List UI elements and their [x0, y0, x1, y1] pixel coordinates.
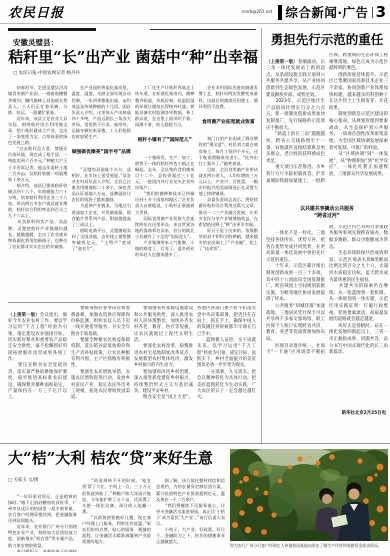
orchard-photo [230, 449, 388, 541]
body-text: “一年好景君须记，正是橙黄桔绿时。”眼下正值砂糖桔收获旺季，广州市从化区的桔园里… [8, 494, 77, 552]
body-text: 春潮涌动，长三角一体化发展站上新的起点。从基础设施互联互通到公共服务共建共享，从… [266, 53, 388, 184]
body-text: 初春时节，走进灵璧县浍沟镇食用菌产业园，一排排菇棚整齐排列，棚内菌棒上双孢菇长势… [8, 85, 68, 250]
body-text: “资金周转不开的时候，‘桔农贷’帮了大忙，手机上一点，三十万元很快就到账了。”种… [82, 478, 151, 545]
orange-byline: □ 关家玉 文/图 [8, 478, 77, 484]
page-number: 3 [376, 3, 386, 21]
body-text: 家门口的产业园成了群众增收的“聚宝盆”。村民刘大姐在菇房务工，每月工资四千多元，… [199, 136, 259, 252]
thin-rule [150, 29, 256, 30]
article-orange-loan: 大“桔”大利 桔农“贷”来好生意 □ 关家玉 文/图 “一年好景君须记，正是橙黄… [8, 447, 225, 556]
mission-headline: 勇担先行示范的重任 [266, 30, 388, 48]
orchard-photo-figure: 图为农行广州分行客户经理在人和镇桔园基地向果农了解生产经营和春耕资金需求情况。 [230, 449, 388, 556]
right-column: 勇担先行示范的重任 （上接第一版）春潮涌动，长三角一体化发展站上新的起点。从基础… [261, 28, 388, 443]
body-column: 企业采用国际先进的隧道发酵工艺，秸秆经两次发酵变成基料，出菇后的菌渣还田肥土，循… [199, 79, 259, 298]
body-column: 据了解，该行依托整村授信和信息建档，为桔农量身定制信贷方案，累计投放特色产业贷款… [156, 472, 225, 552]
article-mission: 勇担先行示范的重任 （上接第一版）春潮涌动，长三角一体化发展站上新的起点。从基础… [266, 30, 388, 416]
body-text: 据了解，该行依托整村授信和信息建档，为桔农量身定制信贷方案，累计投放特色产业贷款… [156, 478, 225, 545]
body-column: 在产业园的智能化菇房里，温度、湿度、光照全部实现自动控制，一年四季都能出菇，亩均… [72, 79, 132, 298]
column-subhead: 秸秆小镇有了“国际范儿” [135, 138, 195, 144]
article-byline: □ 农民日报·中国农网记者 杨丹丹 [13, 70, 258, 76]
continued-marker: （上接第一版） [266, 60, 298, 65]
body-column: 工厂化生产让秸秆养菇走上快车道。在标准化菇房内，菌棒整齐码放，风机轻响，恒温恒湿… [135, 79, 195, 298]
body-text: 企业采用国际先进的隧道发酵工艺，秸秆经两次发酵变成基料，出菇后的菌渣还田肥土，循… [199, 85, 259, 109]
body-text: 在产业园的智能化菇房里，温度、湿度、光照全部实现自动控制，一年四季都能出菇，亩均… [72, 85, 132, 140]
wire-credit: 新华社北京2月25日电 [266, 410, 388, 416]
column-subhead: 做强做优擦亮“国字号”品牌 [72, 150, 132, 156]
body-text: 工厂化生产让秸秆养菇走上快车道。在标准化菇房内，菌棒整齐码放，风机轻响，恒温恒湿… [135, 85, 195, 128]
section-separator [372, 7, 373, 18]
mission-body-top: （上接第一版）春潮涌动，长三角一体化发展站上新的起点。从基础设施互联互通到公共服… [266, 53, 388, 201]
email-line: E-mail：nmrb@263.net [242, 0, 273, 14]
bottom-zone: 大“桔”大利 桔农“贷”来好生意 □ 关家玉 文/图 “一年好景君须记，正是橙黄… [0, 444, 390, 556]
body-text: “灵璧的双孢菇个头匀、品相好，在市场上很受欢迎。”县农业农村局负责人介绍，全县已… [72, 167, 132, 252]
article-kicker: 安徽灵璧县： [13, 37, 258, 48]
orange-columns: □ 关家玉 文/图 “一年好景君须记，正是橙黄桔绿时。”眼下正值砂糖桔收获旺季，… [8, 472, 225, 552]
headline-decoration [8, 28, 258, 32]
body-column: □ 关家玉 文/图 “一年好景君须记，正是橙黄桔绿时。”眼下正值砂糖桔收获旺季，… [8, 472, 77, 552]
masthead-logo: 农民日报 [8, 2, 88, 21]
section-bar [278, 5, 282, 20]
article-divider [8, 302, 256, 303]
body-column: “资金周转不开的时候，‘桔农贷’帮了大忙，手机上一点，三十万元很快就到账了。”种… [82, 472, 151, 552]
photo-caption: 图为农行广州分行客户经理在人和镇桔园基地向果农了解生产经营和春耕资金需求情况。 [230, 543, 388, 548]
page-header: 农民日报 2024年2月26日 星期一 编辑：陈艺娇 校对：吴华宇 版式：张怡 … [0, 0, 390, 24]
section-block: 综合新闻·广告 3 [278, 3, 386, 21]
body-text: 一个集研发、生产、加工、销售于一体的秸秆特色小镇正在崛起。去年，全县签约食用菌项… [135, 155, 195, 259]
page-body: 安徽灵璧县： 秸秆里“长”出产业 菌菇中“种”出幸福 □ 农民日报·中国农网记者… [0, 24, 390, 443]
body-text: 一体化不是一样化。三地坚持各扬所长、优势互补，把各自优势变成共同优势，在更高质量… [266, 225, 388, 356]
continued-marker: （上接第一版） [8, 313, 40, 318]
section-title: 综合新闻·广告 [285, 3, 368, 21]
continued-article: （上接第一版）会议指出，做好今年农业农村工作，要以学习运用“千万工程”经验为引领… [8, 306, 256, 426]
thick-rule [8, 28, 96, 31]
article-columns: 初春时节，走进灵璧县浍沟镇食用菌产业园，一排排菇棚整齐排列，棚内菌棒上双孢菇长势… [8, 79, 258, 298]
mission-body-bottom: 一体化不是一样化。三地坚持各扬所长、优势互补，把各自优势变成共同优势，在更高质量… [266, 225, 388, 407]
crosshead-line: “跨省过河” [266, 213, 388, 220]
body-column: 初春时节，走进灵璧县浍沟镇食用菌产业园，一排排菇棚整齐排列，棚内菌棒上双孢菇长势… [8, 79, 68, 298]
main-headline: 秸秆里“长”出产业 菌菇中“种”出幸福 [8, 49, 258, 66]
body-text: 会议指出，做好今年农业农村工作，要以学习运用“千万工程”经验为引领，锚定建设农业… [8, 306, 256, 400]
mission-crosshead: 以共建共享撬动公共服务 “跨省过河” [266, 206, 388, 221]
newspaper-page: 农民日报 2024年2月26日 星期一 编辑：陈艺娇 校对：吴华宇 版式：张怡 … [0, 0, 390, 556]
column-subhead: 食用菌产业拓宽就业致富 [199, 120, 259, 126]
edition-meta: 2024年2月26日 星期一 编辑：陈艺娇 校对：吴华宇 版式：张怡 新闻热线：… [88, 0, 278, 21]
article-straw-mushroom: 安徽灵璧县： 秸秆里“长”出产业 菌菇中“种”出幸福 □ 农民日报·中国农网记者… [8, 28, 258, 298]
orange-headline: 大“桔”大利 桔农“贷”来好生意 [8, 450, 225, 467]
left-zone: 安徽灵璧县： 秸秆里“长”出产业 菌菇中“种”出幸福 □ 农民日报·中国农网记者… [8, 28, 258, 443]
